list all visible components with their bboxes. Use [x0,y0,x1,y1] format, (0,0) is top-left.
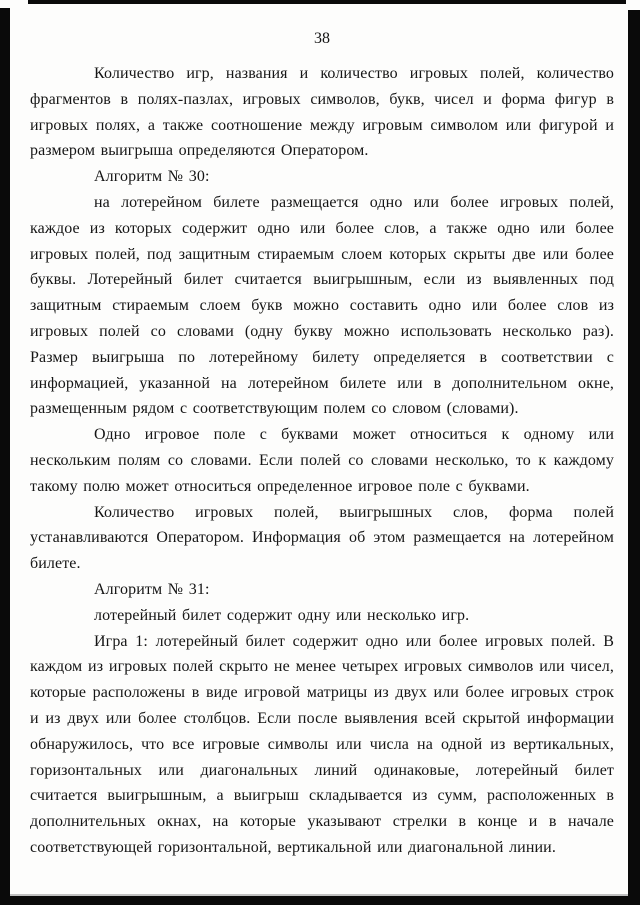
paragraph-letter-field-rule: Одно игровое поле с буквами может относи… [30,422,614,499]
paragraph-algorithm-31-title: Алгоритм № 31: [30,577,614,603]
scan-border-top [28,0,626,4]
body-text: Количество игр, названия и количество иг… [30,61,614,861]
paragraph-ticket-games: лотерейный билет содержит одну или неско… [30,603,614,629]
scan-border-right [628,10,640,897]
paragraph-operator-rule: Количество игровых полей, выигрышных сло… [30,500,614,577]
paragraph-algorithm-30-body: на лотерейном билете размещается одно ил… [30,190,614,422]
paragraph-algorithm-30-title: Алгоритм № 30: [30,164,614,190]
paragraph-game-1: Игра 1: лотерейный билет содержит одно и… [30,629,614,861]
document-page: 38 Количество игр, названия и количество… [0,0,640,905]
page-number: 38 [30,26,614,52]
scan-border-bottom [0,896,640,905]
paragraph-intro: Количество игр, названия и количество иг… [30,61,614,164]
page-content: 38 Количество игр, названия и количество… [30,26,614,861]
scan-border-left [0,8,10,897]
